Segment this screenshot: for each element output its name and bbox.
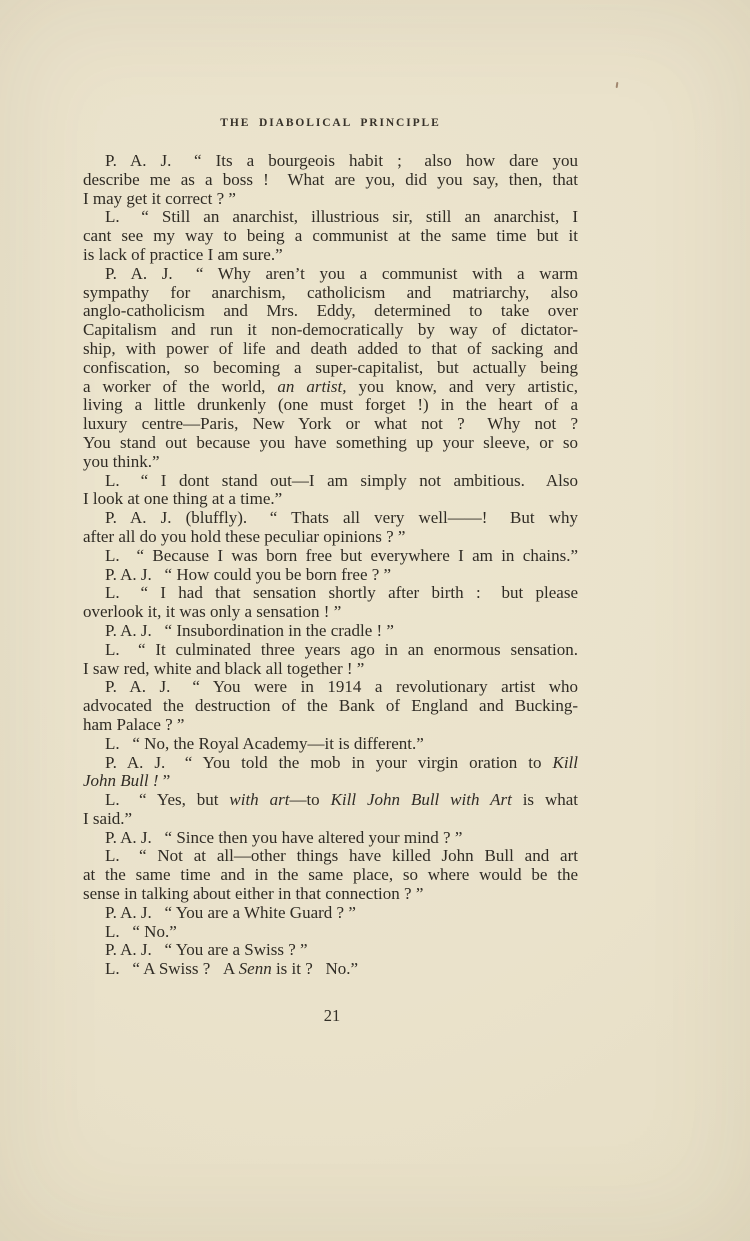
text-run: a worker of the world, [83,377,277,396]
text-run: P. A. J. “ How could you be born free ? … [105,565,391,584]
text-run: is it ? No.” [272,959,358,978]
text-line: luxury centre—Paris, New York or what no… [83,415,578,434]
text-run: —to [289,790,330,809]
text-line: anglo-catholicism and Mrs. Eddy, determi… [83,302,578,321]
text-line: P. A. J. “ You are a Swiss ? ” [83,941,578,960]
text-line: I said.” [83,810,578,829]
text-line: I saw red, white and black all together … [83,660,578,679]
text-line: You stand out because you have something… [83,434,578,453]
text-line: sympathy for anarchism, catholicism and … [83,284,578,303]
text-run: L. “ Still an anarchist, illustrious sir… [105,207,578,226]
text-run: luxury centre—Paris, New York or what no… [83,414,578,433]
page-text: P. A. J. “ Its a bourgeois habit ; also … [83,152,578,979]
text-line: after all do you hold these peculiar opi… [83,528,578,547]
italic-text-run: Senn [239,959,272,978]
text-line: John Bull ! ” [83,772,578,791]
text-line: P. A. J. “ You were in 1914 a revolution… [83,678,578,697]
text-line: ham Palace ? ” [83,716,578,735]
text-run: L. “ I had that sensation shortly after … [105,583,578,602]
italic-text-run: Kill [552,753,578,772]
text-line: overlook it, it was only a sensation ! ” [83,603,578,622]
text-run: sense in talking about either in that co… [83,884,423,903]
text-run: L. “ Yes, but [105,790,229,809]
italic-text-run: Kill John Bull with Art [331,790,512,809]
text-line: L. “ It culminated three years ago in an… [83,641,578,660]
text-run: L. “ Not at all—other things have killed… [105,846,578,865]
text-line: L. “ Because I was born free but everywh… [83,547,578,566]
text-run: P. A. J. “ Since then you have altered y… [105,828,462,847]
text-run: P. A. J. “ You are a Swiss ? ” [105,940,308,959]
text-line: P. A. J. “ Why aren’t you a communist wi… [83,265,578,284]
text-run: L. “ A Swiss ? A [105,959,239,978]
text-line: sense in talking about either in that co… [83,885,578,904]
text-line: P. A. J. “ You told the mob in your virg… [83,754,578,773]
text-run: describe me as a boss ! What are you, di… [83,170,578,189]
italic-text-run: with art [229,790,289,809]
text-run: living a little drunkenly (one must forg… [83,395,578,414]
text-run: confiscation, so becoming a super-capita… [83,358,578,377]
text-run: I look at one thing at a time.” [83,489,282,508]
text-run: at the same time and in the same place, … [83,865,578,884]
text-run: is what [512,790,578,809]
text-line: I may get it correct ? ” [83,190,578,209]
text-line: I look at one thing at a time.” [83,490,578,509]
text-run: P. A. J. “ Its a bourgeois habit ; also … [105,151,578,170]
text-run: ” [159,771,171,790]
text-run: I may get it correct ? ” [83,189,236,208]
text-line: ship, with power of life and death added… [83,340,578,359]
text-line: cant see my way to being a communist at … [83,227,578,246]
text-run: I said.” [83,809,132,828]
running-head: THE DIABOLICAL PRINCIPLE [83,117,578,129]
text-line: P. A. J. “ Since then you have altered y… [83,829,578,848]
italic-text-run: John Bull ! [83,771,159,790]
text-run: L. “ No.” [105,922,177,941]
text-line: P. A. J. “ Its a bourgeois habit ; also … [83,152,578,171]
text-run: after all do you hold these peculiar opi… [83,527,405,546]
text-run: advocated the destruction of the Bank of… [83,696,578,715]
text-run: is lack of practice I am sure.” [83,245,283,264]
text-run: anglo-catholicism and Mrs. Eddy, determi… [83,301,578,320]
text-line: P. A. J. “ How could you be born free ? … [83,566,578,585]
text-run: sympathy for anarchism, catholicism and … [83,283,578,302]
text-run: I saw red, white and black all together … [83,659,364,678]
text-run: You stand out because you have something… [83,433,578,452]
text-line: L. “ Not at all—other things have killed… [83,847,578,866]
text-run: P. A. J. “ You are a White Guard ? ” [105,903,356,922]
text-run: overlook it, it was only a sensation ! ” [83,602,341,621]
text-run: ham Palace ? ” [83,715,184,734]
text-line: L. “ A Swiss ? A Senn is it ? No.” [83,960,578,979]
text-line: Capitalism and run it non-democratically… [83,321,578,340]
text-run: P. A. J. (bluffly). “ Thats all very wel… [105,508,578,527]
text-line: P. A. J. (bluffly). “ Thats all very wel… [83,509,578,528]
text-run: cant see my way to being a communist at … [83,226,578,245]
text-line: L. “ I had that sensation shortly after … [83,584,578,603]
text-run: ship, with power of life and death added… [83,339,578,358]
text-line: you think.” [83,453,578,472]
text-line: confiscation, so becoming a super-capita… [83,359,578,378]
ink-speck [616,82,619,88]
text-line: advocated the destruction of the Bank of… [83,697,578,716]
text-run: L. “ It culminated three years ago in an… [105,640,578,659]
text-line: a worker of the world, an artist, you kn… [83,378,578,397]
text-line: P. A. J. “ You are a White Guard ? ” [83,904,578,923]
text-line: L. “ Still an anarchist, illustrious sir… [83,208,578,227]
text-run: P. A. J. “ Insubordination in the cradle… [105,621,394,640]
text-run: Capitalism and run it non-democratically… [83,320,578,339]
book-page: THE DIABOLICAL PRINCIPLE P. A. J. “ Its … [0,0,750,1241]
text-run: you think.” [83,452,160,471]
text-run: you know, and very artistic, [347,377,579,396]
text-line: is lack of practice I am sure.” [83,246,578,265]
text-run: P. A. J. “ Why aren’t you a communist wi… [105,264,578,283]
text-line: living a little drunkenly (one must forg… [83,396,578,415]
text-line: L. “ Yes, but with art—to Kill John Bull… [83,791,578,810]
text-line: L. “ No, the Royal Academy—it is differe… [83,735,578,754]
text-line: describe me as a boss ! What are you, di… [83,171,578,190]
text-run: P. A. J. “ You told the mob in your virg… [105,753,552,772]
text-run: P. A. J. “ You were in 1914 a revolution… [105,677,578,696]
text-line: at the same time and in the same place, … [83,866,578,885]
text-run: L. “ Because I was born free but everywh… [105,546,578,565]
text-run: L. “ I dont stand out—I am simply not am… [105,471,578,490]
text-line: L. “ I dont stand out—I am simply not am… [83,472,578,491]
text-line: P. A. J. “ Insubordination in the cradle… [83,622,578,641]
page-number: 21 [83,1006,581,1026]
text-line: L. “ No.” [83,923,578,942]
text-run: L. “ No, the Royal Academy—it is differe… [105,734,424,753]
italic-text-run: an artist, [277,377,346,396]
